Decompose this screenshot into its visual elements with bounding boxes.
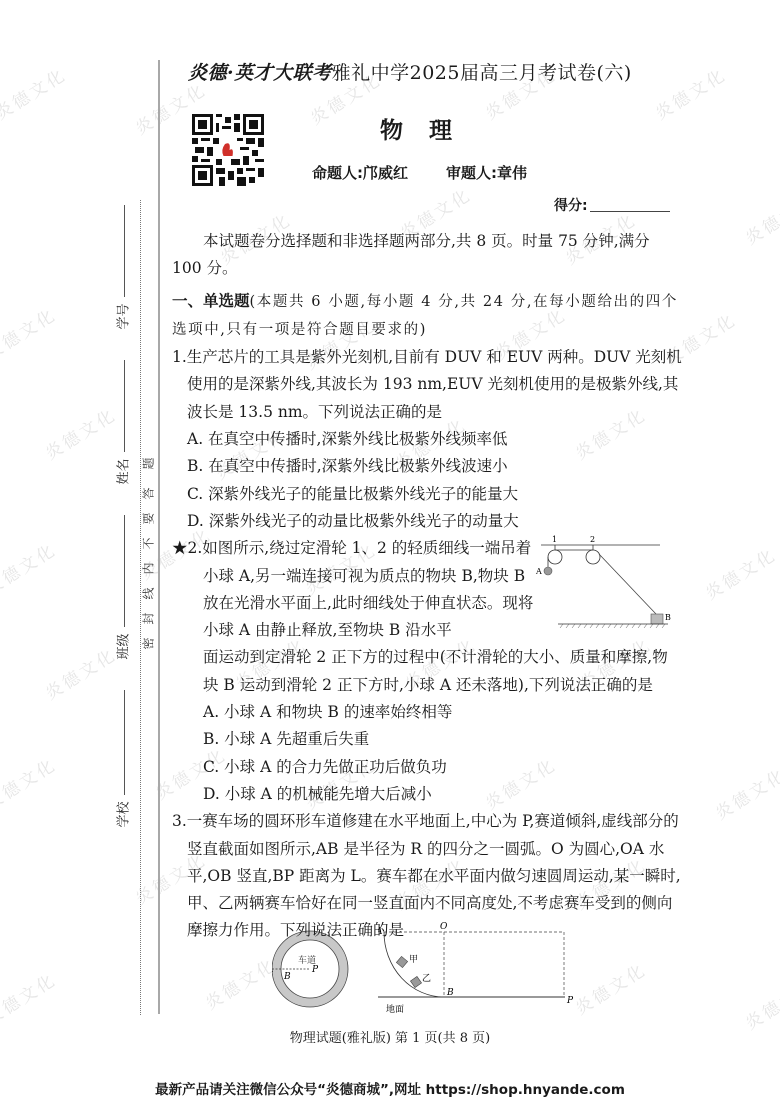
seal-char: 题 bbox=[140, 457, 157, 471]
car-yi-label: 乙 bbox=[422, 973, 431, 984]
car-jia-label: 甲 bbox=[409, 954, 418, 965]
authors: 命题人:邝威红审题人:章伟 bbox=[312, 162, 527, 183]
option-c: C. 深紫外线光子的能量比极紫外线光子的能量大 bbox=[172, 481, 682, 508]
seal-char: 封 bbox=[140, 612, 157, 626]
option-c: C. 小球 A 的合力先做正功后做负功 bbox=[172, 754, 682, 781]
option-d: D. 深紫外线光子的动量比极紫外线光子的动量大 bbox=[172, 508, 682, 535]
option-a: A. 小球 A 和物块 B 的速率始终相等 bbox=[172, 699, 682, 726]
watermark: 炎德文化 bbox=[739, 971, 780, 1035]
point-b-label: B bbox=[283, 972, 291, 982]
watermark: 炎德文化 bbox=[199, 951, 280, 1015]
class-label: 班级 bbox=[118, 634, 131, 660]
watermark: 炎德文化 bbox=[0, 301, 61, 365]
question-2: ★2.如图所示,绕过定滑轮 1、2 的轻质细线一端吊着小球 A,另一端连接可视为… bbox=[172, 535, 535, 644]
seal-char: 线 bbox=[140, 587, 157, 601]
seal-char: 内 bbox=[140, 562, 157, 576]
section-title: 一、单选题 bbox=[172, 292, 250, 310]
watermark: 炎德文化 bbox=[649, 61, 730, 125]
question-stem: 如图所示,绕过定滑轮 1、2 的轻质细线一端吊着小球 A,另一端连接可视为质点的… bbox=[202, 539, 533, 639]
page-footer: 物理试题(雅礼版) 第 1 页(共 8 页) bbox=[0, 1027, 780, 1046]
intro-text: 本试题卷分选择题和非选择题两部分,共 8 页。时量 75 分钟,满分 100 分… bbox=[172, 228, 682, 283]
watermark: 炎德文化 bbox=[39, 401, 120, 465]
student-id-label: 学号 bbox=[118, 304, 131, 330]
watermark: 炎德文化 bbox=[0, 751, 61, 815]
section-heading: 一、单选题(本题共 6 小题,每小题 4 分,共 24 分,在每小题给出的四个选… bbox=[172, 288, 682, 345]
exam-name: 雅礼中学2025届高三月考试卷(六) bbox=[332, 62, 632, 84]
binding-line bbox=[158, 60, 160, 1014]
school-label: 学校 bbox=[118, 802, 131, 828]
score-field[interactable] bbox=[590, 211, 670, 212]
option-d: D. 小球 A 的机械能先增大后减小 bbox=[172, 781, 682, 808]
seal-char: 不 bbox=[140, 537, 157, 551]
question-stem: 生产芯片的工具是紫外光刻机,目前有 DUV 和 EUV 两种。DUV 光刻机使用… bbox=[187, 348, 682, 421]
name-label: 姓名 bbox=[118, 459, 131, 485]
watermark: 炎德文化 bbox=[0, 61, 71, 125]
reviewer-label: 审题人:章伟 bbox=[446, 164, 527, 182]
school-line bbox=[124, 690, 125, 795]
option-b: B. 在真空中传播时,深紫外线比极紫外线波速小 bbox=[172, 453, 682, 480]
point-b-label: B bbox=[446, 988, 454, 998]
watermark: 炎德文化 bbox=[0, 536, 61, 600]
brand-name: 炎德·英才大联考 bbox=[188, 62, 332, 84]
student-id-line bbox=[124, 205, 125, 297]
question-number: 3. bbox=[172, 812, 187, 830]
question-3: 3.一赛车场的圆环形车道修建在水平地面上,中心为 P,赛道倾斜,虚线部分的竖直截… bbox=[172, 808, 682, 944]
seal-dotted-line bbox=[140, 200, 141, 1015]
point-p-label: P bbox=[566, 996, 574, 1006]
seal-char: 密 bbox=[140, 637, 157, 651]
question-1: 1.生产芯片的工具是紫外光刻机,目前有 DUV 和 EUV 两种。DUV 光刻机… bbox=[172, 344, 682, 426]
option-b: B. 小球 A 先超重后失重 bbox=[172, 726, 682, 753]
author-label: 命题人:邝威红 bbox=[312, 164, 408, 182]
question-number: 1. bbox=[172, 348, 187, 366]
option-a: A. 在真空中传播时,深紫外线比极紫外线频率低 bbox=[172, 426, 682, 453]
watermark: 炎德文化 bbox=[699, 541, 780, 605]
promo-footer: 最新产品请关注微信公众号“炎德商城”,网址 https://shop.hnyan… bbox=[0, 1078, 780, 1098]
question-stem: 一赛车场的圆环形车道修建在水平地面上,中心为 P,赛道倾斜,虚线部分的竖直截面如… bbox=[187, 812, 681, 939]
exam-content: 本试题卷分选择题和非选择题两部分,共 8 页。时量 75 分钟,满分 100 分… bbox=[172, 228, 682, 945]
subject-title: 物理 bbox=[380, 112, 478, 145]
class-line bbox=[124, 515, 125, 627]
qr-code-icon bbox=[192, 114, 264, 186]
watermark: 炎德文化 bbox=[709, 761, 780, 825]
seal-char: 答 bbox=[140, 487, 157, 501]
score-label: 得分: bbox=[554, 195, 588, 215]
question-number: ★2. bbox=[172, 539, 202, 557]
watermark: 炎德文化 bbox=[739, 186, 780, 250]
seal-char: 要 bbox=[140, 512, 157, 526]
name-line bbox=[124, 360, 125, 452]
watermark: 炎德文化 bbox=[0, 966, 61, 1030]
watermark: 炎德文化 bbox=[39, 641, 120, 705]
question-2-continued: 面运动到定滑轮 2 正下方的过程中(不计滑轮的大小、质量和摩擦,物块 B 运动到… bbox=[172, 644, 682, 699]
point-p-label: P bbox=[311, 965, 319, 975]
exam-title: 炎德·英才大联考雅礼中学2025届高三月考试卷(六) bbox=[188, 58, 632, 85]
ground-label: 地面 bbox=[386, 1003, 404, 1015]
